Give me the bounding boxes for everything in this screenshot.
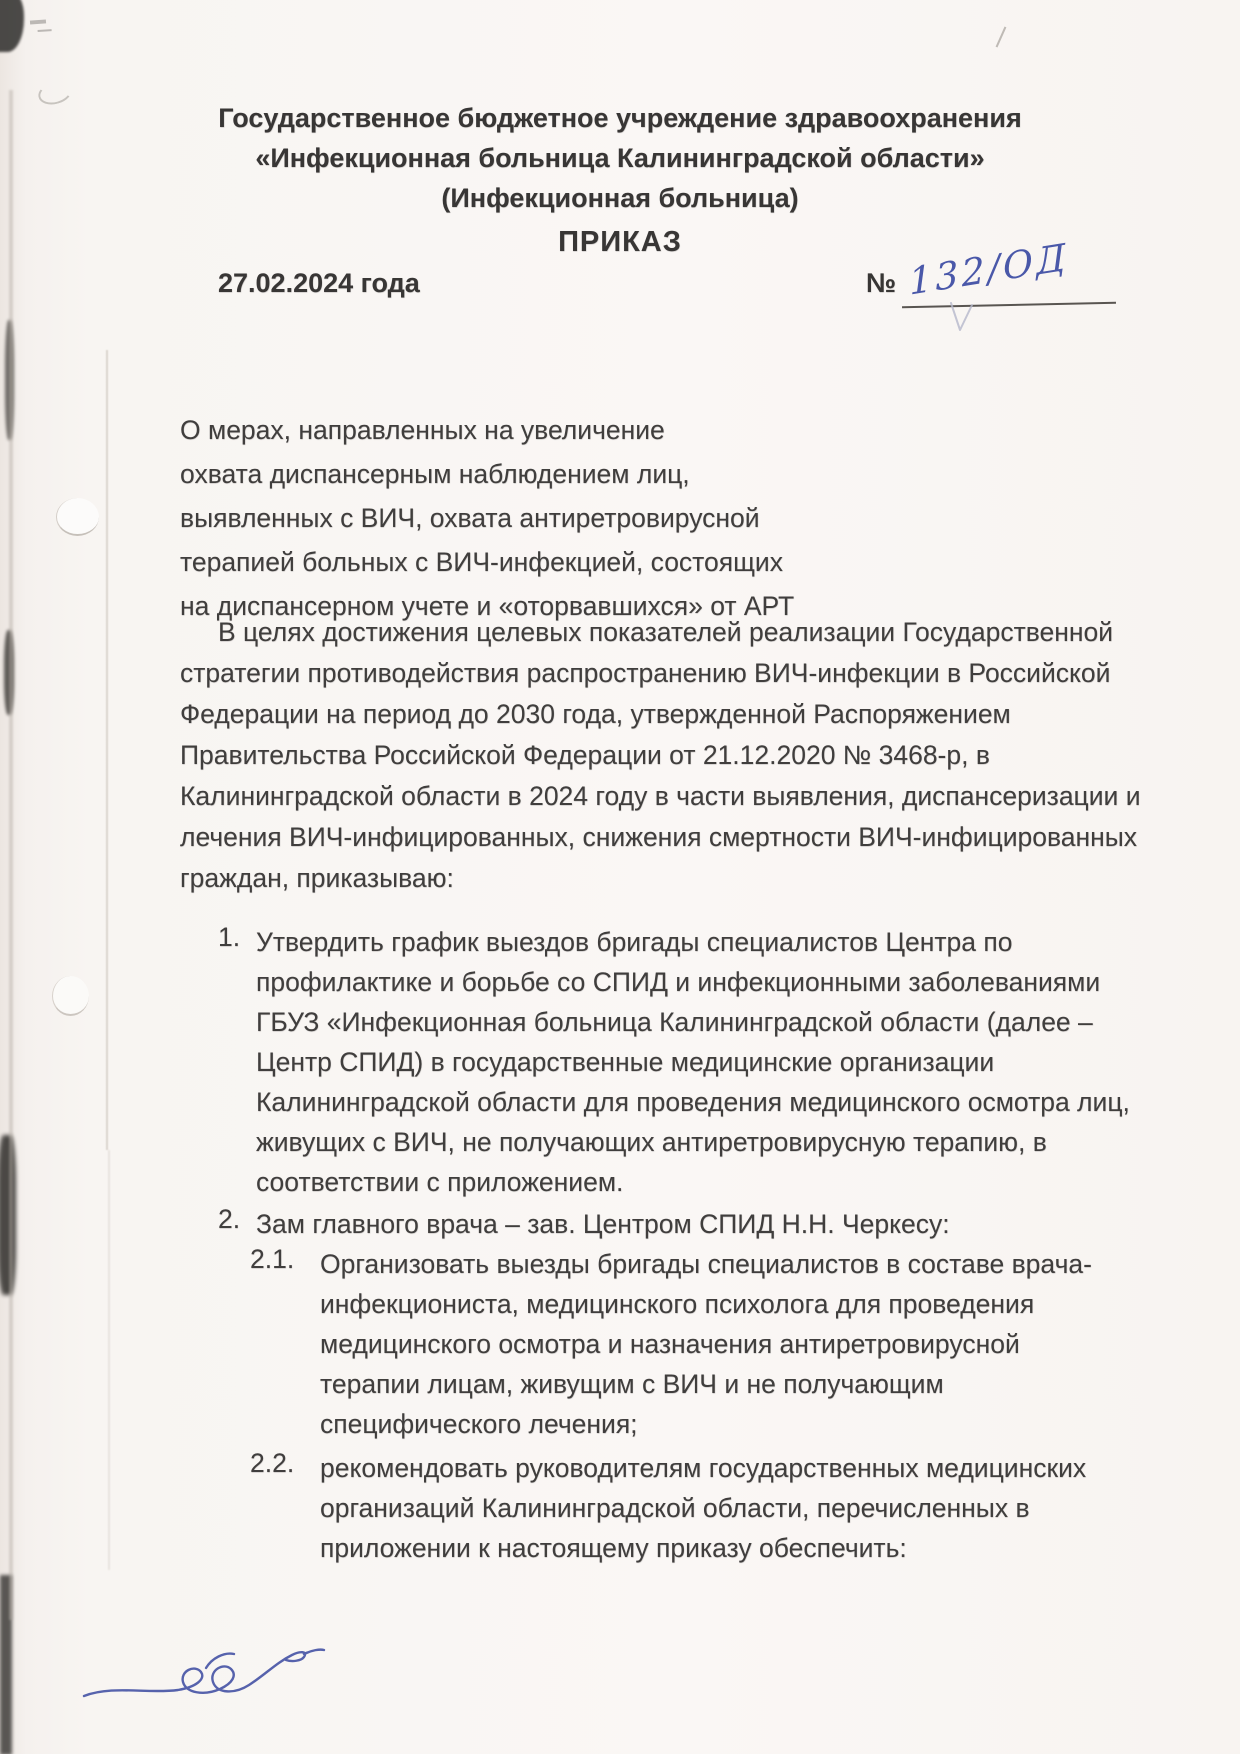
preamble-line: Федерации на период до 2030 года, утверж… <box>180 694 1141 735</box>
item-text-line: Калининградской области для проведения м… <box>256 1082 1130 1122</box>
item-text-line: Зам главного врача – зав. Центром СПИД Н… <box>256 1204 950 1244</box>
item-text-line: Утвердить график выездов бригады специал… <box>256 922 1130 962</box>
order-date: 27.02.2024 года <box>218 268 420 299</box>
scan-artifact-left-streak-4 <box>0 1575 12 1754</box>
item-text: Зам главного врача – зав. Центром СПИД Н… <box>256 1204 950 1244</box>
item-text: рекомендовать руководителям государствен… <box>320 1448 1086 1568</box>
punch-hole-upper <box>56 498 99 536</box>
preamble-line: лечения ВИЧ-инфицированных, снижения сме… <box>180 817 1141 858</box>
subject-line: охвата диспансерным наблюдением лиц, <box>180 452 794 496</box>
item-text-line: Центр СПИД) в государственные медицински… <box>256 1042 1130 1082</box>
item-text: Организовать выезды бригады специалистов… <box>320 1244 1092 1444</box>
scan-artifact-top-left-dashes <box>30 19 46 24</box>
subject-line: выявленных с ВИЧ, охвата антиретровирусн… <box>180 496 794 540</box>
org-name-line-2: «Инфекционная больница Калининградской о… <box>140 138 1100 178</box>
item-number: 2.2. <box>250 1448 294 1479</box>
org-name-line-3: (Инфекционная больница) <box>140 178 1100 218</box>
scan-artifact-top-left-corner <box>0 0 24 52</box>
order-number-label: № <box>866 268 896 299</box>
scan-artifact-left-streak-1 <box>5 320 14 440</box>
item-number: 2. <box>218 1204 240 1235</box>
subject-line: терапией больных с ВИЧ-инфекцией, состоя… <box>180 540 794 584</box>
scan-artifact-left-scribble <box>36 78 75 108</box>
order-item-2-1: 2.1. Организовать выезды бригады специал… <box>0 1244 1092 1444</box>
scan-artifact-top-right-tick <box>996 27 1007 48</box>
item-text-line: инфекциониста, медицинского психолога дл… <box>320 1284 1092 1324</box>
subject-block: О мерах, направленных на увеличение охва… <box>180 408 794 628</box>
item-text-line: рекомендовать руководителям государствен… <box>320 1448 1086 1488</box>
order-item-2: 2. Зам главного врача – зав. Центром СПИ… <box>0 1204 950 1244</box>
item-text-line: медицинского осмотра и назначения антире… <box>320 1324 1092 1364</box>
item-text-line: Организовать выезды бригады специалистов… <box>320 1244 1092 1284</box>
subject-line: О мерах, направленных на увеличение <box>180 408 794 452</box>
preamble-line: граждан, приказываю: <box>180 858 1141 899</box>
order-item-1: 1. Утвердить график выездов бригады спец… <box>0 922 1130 1202</box>
pen-check-mark <box>946 298 976 336</box>
item-text-line: специфического лечения; <box>320 1404 1092 1444</box>
item-number: 2.1. <box>250 1244 294 1275</box>
preamble-block: В целях достижения целевых показателей р… <box>180 612 1141 899</box>
preamble-line: В целях достижения целевых показателей р… <box>180 612 1141 653</box>
scanned-document-page: Государственное бюджетное учреждение здр… <box>0 0 1240 1754</box>
item-text-line: живущих с ВИЧ, не получающих антиретрови… <box>256 1122 1130 1162</box>
handwritten-signature <box>78 1632 328 1722</box>
item-number: 1. <box>218 922 240 953</box>
item-text-line: терапии лицам, живущим с ВИЧ и не получа… <box>320 1364 1092 1404</box>
item-text-line: приложении к настоящему приказу обеспечи… <box>320 1528 1086 1568</box>
scan-artifact-left-streak-2 <box>4 630 14 715</box>
order-number-underline <box>902 302 1116 308</box>
item-text: Утвердить график выездов бригады специал… <box>256 922 1130 1202</box>
order-item-2-2: 2.2. рекомендовать руководителям государ… <box>0 1448 1086 1568</box>
preamble-line: Калининградской области в 2024 году в ча… <box>180 776 1141 817</box>
item-text-line: организаций Калининградской области, пер… <box>320 1488 1086 1528</box>
item-text-line: соответствии с приложением. <box>256 1162 1130 1202</box>
item-text-line: ГБУЗ «Инфекционная больница Калининградс… <box>256 1002 1130 1042</box>
preamble-line: стратегии противодействия распространени… <box>180 653 1141 694</box>
org-name-line-1: Государственное бюджетное учреждение здр… <box>140 98 1100 138</box>
preamble-line: Правительства Российской Федерации от 21… <box>180 735 1141 776</box>
item-text-line: профилактике и борьбе со СПИД и инфекцио… <box>256 962 1130 1002</box>
